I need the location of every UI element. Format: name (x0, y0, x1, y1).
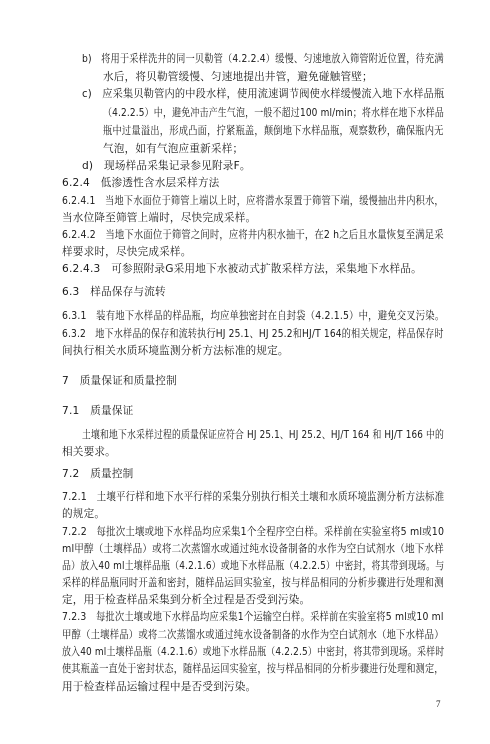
text-line: 7.2.3 每批次土壤或地下水样品均应采集1个运输空白样。采样前在实验室将5 m… (62, 610, 444, 624)
text-line: 气泡，如有气泡应重新采样； (103, 142, 243, 156)
text-line: 6.3.2 地下水样品的保存和流转执行HJ 25.1、HJ 25.2和HJ/T … (62, 327, 444, 341)
text-line: 用于检查样品运输过程中是否受到污染。 (62, 680, 256, 694)
text-line: 6.2.4.2 当地下水面位于筛管之间时，应将井内积水抽干，在2 h之后且水量恢… (62, 228, 444, 242)
text-line: 水后，将贝勒管缓慢、匀速地提出井管，避免碰触管壁； (103, 70, 373, 84)
text-line: 的规定。 (62, 507, 105, 521)
text-line: 瓶中过量溢出，形成凸面，拧紧瓶盖，颠倒地下水样品瓶，观察数秒，确保瓶内无 (103, 124, 444, 138)
text-line: 7.2 质量控制 (62, 467, 133, 481)
text-line: b) 将用于采样洗井的同一贝勒管（4.2.2.4）缓慢、匀速地放入筛管附近位置，… (82, 52, 444, 66)
text-line: 间执行相关水质环境监测分析方法标准的规定。 (62, 344, 289, 358)
text-line: 6.3.1 装有地下水样品的样品瓶，均应单独密封在自封袋（4.2.1.5）中，避… (62, 309, 444, 323)
text-line: 土壤和地下水采样过程的质量保证应符合 HJ 25.1、HJ 25.2、HJ/T … (82, 428, 444, 442)
text-line: 放入40 ml土壤样品瓶（4.2.1.6）或地下水样品瓶（4.2.2.5）中密封… (62, 645, 444, 659)
text-line: 样要求时，尽快完成采样。 (62, 245, 192, 259)
text-line: 品）放入40 ml土壤样品瓶（4.2.1.6）或地下水样品瓶（4.2.2.5）中… (62, 559, 444, 573)
text-line: 6.2.4.1 当地下水面位于筛管上端以上时，应将潜水泵置于筛管下端，缓慢抽出井… (62, 194, 444, 208)
text-line: 6.2.4.3 可参照附录G采用地下水被动式扩散采样方法，采集地下水样品。 (62, 262, 422, 276)
text-line: 采样的样品瓶同时开盖和密封，随样品运回实验室，按与样品相同的分析步骤进行处理和测 (62, 576, 444, 590)
page-number: 7 (436, 699, 441, 709)
text-line: （4.2.2.5）中，避免冲击产生气泡，一般不超过100 ml/min；将水样在… (103, 106, 444, 120)
text-line: 定，用于检查样品采集到分析全过程是否受到污染。 (62, 593, 310, 607)
text-line: c) 应采集贝勒管内的中段水样，使用流速调节阀使水样缓慢流入地下水样品瓶 (82, 87, 444, 101)
text-line: 6.3 样品保存与流转 (62, 285, 166, 299)
text-line: 6.2.4 低渗透性含水层采样方法 (62, 176, 219, 190)
text-line: 7 质量保证和质量控制 (62, 374, 177, 388)
text-line: 7.1 质量保证 (62, 404, 133, 418)
text-line: d) 现场样品采集记录参见附录F。 (82, 159, 251, 173)
text-line: 甲醇（土壤样品）或将二次蒸馏水或通过纯水设备制备的水作为空白试剂水（地下水样品） (62, 628, 444, 642)
text-line: 相关要求。 (62, 445, 116, 459)
text-line: 使其瓶盖一直处于密封状态，随样品运回实验室，按与样品相同的分析步骤进行处理和测定… (62, 662, 444, 676)
text-line: 当水位降至筛管上端时，尽快完成采样。 (62, 211, 256, 225)
text-line: 7.2.1 土壤平行样和地下水平行样的采集分别执行相关土壤和水质环境监测分析方法… (62, 490, 444, 504)
text-line: 7.2.2 每批次土壤或地下水样品均应采集1个全程序空白样。采样前在实验室将5 … (62, 525, 444, 539)
text-line: ml甲醇（土壤样品）或将二次蒸馏水或通过纯水设备制备的水作为空白试剂水（地下水样 (62, 542, 444, 556)
